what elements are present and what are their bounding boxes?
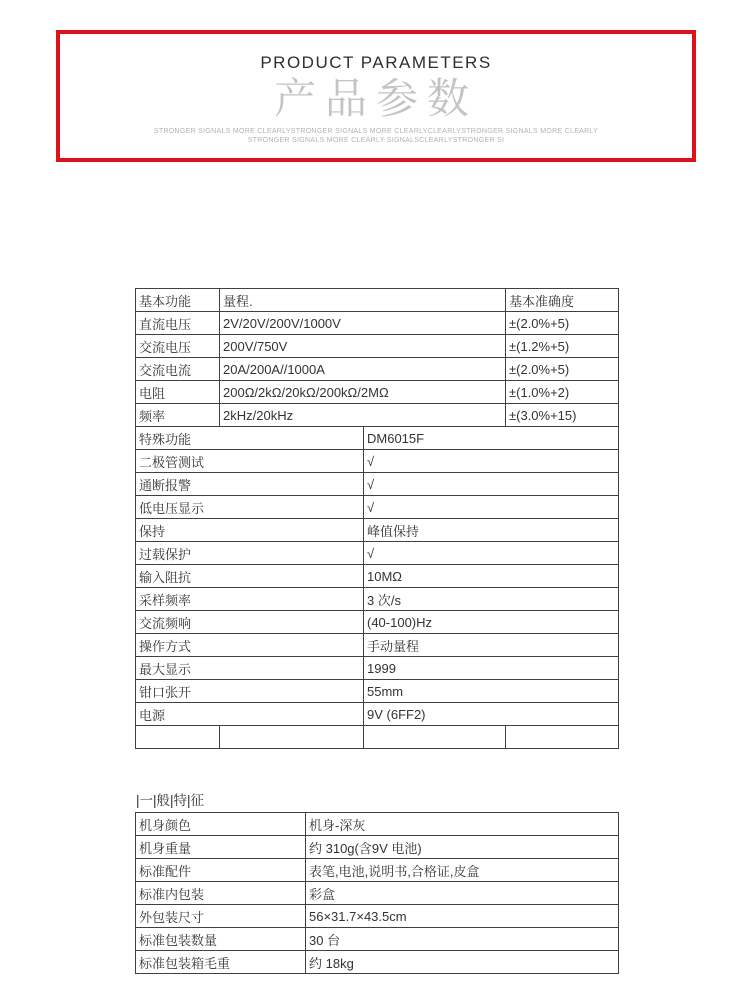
empty-cell bbox=[364, 726, 506, 749]
general-label-cell: 外包装尺寸 bbox=[136, 905, 306, 928]
table-row: 采样频率 3 次/s bbox=[136, 588, 619, 611]
feature-value-cell: 9V (6FF2) bbox=[364, 703, 619, 726]
empty-cell bbox=[136, 726, 220, 749]
banner-title-zh: 产品参数 bbox=[60, 77, 692, 121]
feature-value-cell: 10MΩ bbox=[364, 565, 619, 588]
product-parameters-banner: PRODUCT PARAMETERS 产品参数 STRONGER SIGNALS… bbox=[56, 30, 696, 162]
table-row: 交流电压 200V/750V ±(1.2%+5) bbox=[136, 335, 619, 358]
table-row: 标准配件 表笔,电池,说明书,合格证,皮盒 bbox=[136, 859, 619, 882]
feature-label-cell: 保持 bbox=[136, 519, 364, 542]
table-row: 二极管测试 √ bbox=[136, 450, 619, 473]
spec-range-cell: 2V/20V/200V/1000V bbox=[220, 312, 506, 335]
spec-range-cell: 200V/750V bbox=[220, 335, 506, 358]
general-value-cell: 30 台 bbox=[306, 928, 619, 951]
spec-header-accuracy: 基本准确度 bbox=[506, 289, 619, 312]
feature-label-cell: 二极管测试 bbox=[136, 450, 364, 473]
general-label-cell: 标准配件 bbox=[136, 859, 306, 882]
table-row: 标准包装箱毛重 约 18kg bbox=[136, 951, 619, 974]
feature-value-cell: 手动量程 bbox=[364, 634, 619, 657]
feature-label-cell: 输入阻抗 bbox=[136, 565, 364, 588]
spec-accuracy-cell: ±(2.0%+5) bbox=[506, 312, 619, 335]
general-label-cell: 标准包装箱毛重 bbox=[136, 951, 306, 974]
table-row: 标准包装数量 30 台 bbox=[136, 928, 619, 951]
table-row: 外包装尺寸 56×31.7×43.5cm bbox=[136, 905, 619, 928]
table-row: 标准内包装 彩盒 bbox=[136, 882, 619, 905]
banner-tagline-line1: STRONGER SIGNALS MORE CLEARLYSTRONGER SI… bbox=[60, 128, 692, 137]
feature-label-cell: 电源 bbox=[136, 703, 364, 726]
feature-value-cell: DM6015F bbox=[364, 427, 619, 450]
spec-table: 基本功能 量程. 基本准确度 直流电压 2V/20V/200V/1000V ±(… bbox=[135, 288, 619, 749]
feature-label-cell: 过载保护 bbox=[136, 542, 364, 565]
table-row: 机身颜色 机身-深灰 bbox=[136, 813, 619, 836]
spec-accuracy-cell: ±(1.2%+5) bbox=[506, 335, 619, 358]
table-row: 直流电压 2V/20V/200V/1000V ±(2.0%+5) bbox=[136, 312, 619, 335]
feature-value-cell: 1999 bbox=[364, 657, 619, 680]
feature-label-cell: 操作方式 bbox=[136, 634, 364, 657]
feature-label-cell: 低电压显示 bbox=[136, 496, 364, 519]
table-row: 电阻 200Ω/2kΩ/20kΩ/200kΩ/2MΩ ±(1.0%+2) bbox=[136, 381, 619, 404]
table-row: 输入阻抗 10MΩ bbox=[136, 565, 619, 588]
feature-label-cell: 通断报警 bbox=[136, 473, 364, 496]
table-row: 最大显示 1999 bbox=[136, 657, 619, 680]
spec-range-cell: 20A/200A//1000A bbox=[220, 358, 506, 381]
general-label-cell: 机身颜色 bbox=[136, 813, 306, 836]
empty-cell bbox=[506, 726, 619, 749]
feature-label-cell: 特殊功能 bbox=[136, 427, 364, 450]
spec-header-row: 基本功能 量程. 基本准确度 bbox=[136, 289, 619, 312]
table-row: 交流电流 20A/200A//1000A ±(2.0%+5) bbox=[136, 358, 619, 381]
table-row: 机身重量 约 310g(含9V 电池) bbox=[136, 836, 619, 859]
feature-value-cell: √ bbox=[364, 542, 619, 565]
spec-accuracy-cell: ±(2.0%+5) bbox=[506, 358, 619, 381]
general-label-cell: 机身重量 bbox=[136, 836, 306, 859]
table-row: 过载保护 √ bbox=[136, 542, 619, 565]
spec-label-cell: 交流电压 bbox=[136, 335, 220, 358]
general-features-title: |一|般|特|征 bbox=[136, 789, 204, 809]
table-row: 特殊功能 DM6015F bbox=[136, 427, 619, 450]
feature-value-cell: √ bbox=[364, 450, 619, 473]
banner-tagline-line2: STRONGER SIGNALS MORE CLEARLY SIGNALSCLE… bbox=[60, 137, 692, 146]
general-value-cell: 机身-深灰 bbox=[306, 813, 619, 836]
general-value-cell: 彩盒 bbox=[306, 882, 619, 905]
feature-label-cell: 钳口张开 bbox=[136, 680, 364, 703]
general-value-cell: 56×31.7×43.5cm bbox=[306, 905, 619, 928]
general-value-cell: 约 310g(含9V 电池) bbox=[306, 836, 619, 859]
feature-value-cell: (40-100)Hz bbox=[364, 611, 619, 634]
spec-range-cell: 2kHz/20kHz bbox=[220, 404, 506, 427]
general-value-cell: 约 18kg bbox=[306, 951, 619, 974]
feature-value-cell: 55mm bbox=[364, 680, 619, 703]
spec-header-function: 基本功能 bbox=[136, 289, 220, 312]
table-row: 低电压显示 √ bbox=[136, 496, 619, 519]
spec-range-cell: 200Ω/2kΩ/20kΩ/200kΩ/2MΩ bbox=[220, 381, 506, 404]
feature-value-cell: 3 次/s bbox=[364, 588, 619, 611]
spec-label-cell: 直流电压 bbox=[136, 312, 220, 335]
empty-cell bbox=[220, 726, 364, 749]
general-label-cell: 标准包装数量 bbox=[136, 928, 306, 951]
feature-value-cell: 峰值保持 bbox=[364, 519, 619, 542]
feature-value-cell: √ bbox=[364, 496, 619, 519]
feature-label-cell: 交流频响 bbox=[136, 611, 364, 634]
feature-label-cell: 最大显示 bbox=[136, 657, 364, 680]
table-row: 保持 峰值保持 bbox=[136, 519, 619, 542]
feature-label-cell: 采样频率 bbox=[136, 588, 364, 611]
general-value-cell: 表笔,电池,说明书,合格证,皮盒 bbox=[306, 859, 619, 882]
banner-tagline: STRONGER SIGNALS MORE CLEARLYSTRONGER SI… bbox=[60, 128, 692, 146]
table-row: 电源 9V (6FF2) bbox=[136, 703, 619, 726]
banner-title-en: PRODUCT PARAMETERS bbox=[60, 53, 692, 73]
general-label-cell: 标准内包装 bbox=[136, 882, 306, 905]
spec-accuracy-cell: ±(3.0%+15) bbox=[506, 404, 619, 427]
table-row: 钳口张开 55mm bbox=[136, 680, 619, 703]
spec-label-cell: 交流电流 bbox=[136, 358, 220, 381]
table-row: 操作方式 手动量程 bbox=[136, 634, 619, 657]
table-row: 频率 2kHz/20kHz ±(3.0%+15) bbox=[136, 404, 619, 427]
spec-header-range: 量程. bbox=[220, 289, 506, 312]
empty-row bbox=[136, 726, 619, 749]
general-features-table: 机身颜色 机身-深灰 机身重量 约 310g(含9V 电池) 标准配件 表笔,电… bbox=[135, 812, 619, 974]
feature-value-cell: √ bbox=[364, 473, 619, 496]
spec-label-cell: 频率 bbox=[136, 404, 220, 427]
spec-accuracy-cell: ±(1.0%+2) bbox=[506, 381, 619, 404]
spec-label-cell: 电阻 bbox=[136, 381, 220, 404]
table-row: 交流频响 (40-100)Hz bbox=[136, 611, 619, 634]
table-row: 通断报警 √ bbox=[136, 473, 619, 496]
